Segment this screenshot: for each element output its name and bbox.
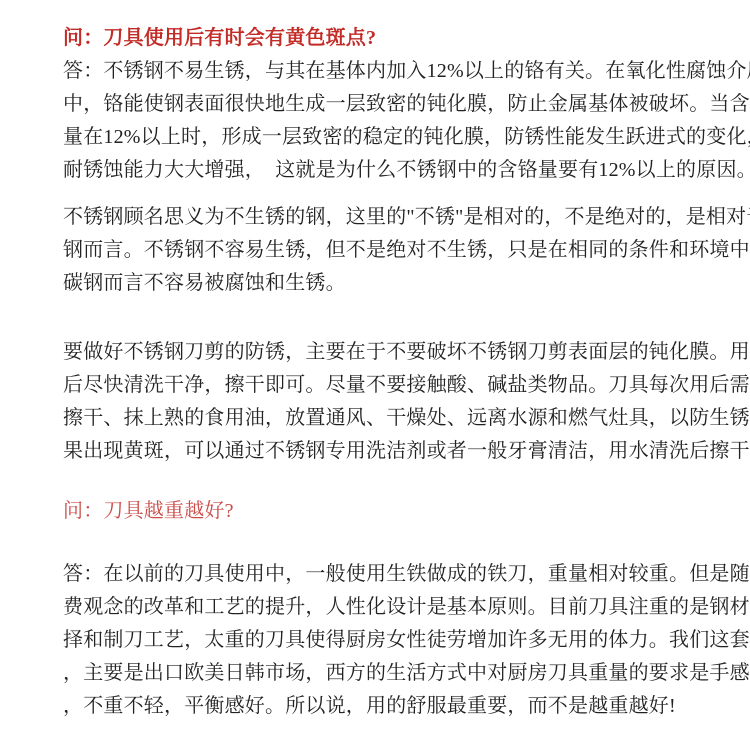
answer-text-line: 擦干、抹上熟的食用油，放置通风、干燥处、远离水源和燃气灶具，以防生锈。如: [63, 402, 714, 435]
faq-blocks: 问：刀具使用后有时会有黄色斑点?答：不锈钢不易生锈，与其在基体内加入12%以上的…: [63, 22, 714, 723]
block-a1p1: 答：不锈钢不易生锈，与其在基体内加入12%以上的铬有关。在氧化性腐蚀介质中，铬能…: [63, 55, 714, 187]
question-heading-line: 问：刀具使用后有时会有黄色斑点?: [63, 22, 714, 55]
answer-text-line: 碳钢而言不容易被腐蚀和生锈。: [63, 267, 714, 300]
question-heading-line: 问：刀具越重越好?: [63, 495, 714, 528]
answer-text-line: 答：在以前的刀具使用中，一般使用生铁做成的铁刀，重量相对较重。但是随着消: [63, 558, 714, 591]
block-a2: 答：在以前的刀具使用中，一般使用生铁做成的铁刀，重量相对较重。但是随着消费观念的…: [63, 558, 714, 723]
answer-text-line: 果出现黄斑，可以通过不锈钢专用洗洁剂或者一般牙膏清洁，用水清洗后擦干存放。: [63, 435, 714, 468]
block-q1: 问：刀具使用后有时会有黄色斑点?: [63, 22, 714, 55]
answer-text-line: 择和制刀工艺，太重的刀具使得厨房女性徒劳增加许多无用的体力。我们这套刀具: [63, 624, 714, 657]
answer-text-line: 耐锈蚀能力大大增强， 这就是为什么不锈钢中的含铬量要有12%以上的原因。: [63, 154, 714, 187]
answer-text-line: 中，铬能使钢表面很快地生成一层致密的钝化膜，防止金属基体被破坏。当含铬: [63, 88, 714, 121]
answer-text-line: 答：不锈钢不易生锈，与其在基体内加入12%以上的铬有关。在氧化性腐蚀介质: [63, 55, 714, 88]
answer-text-line: ，主要是出口欧美日韩市场，西方的生活方式中对厨房刀具重量的要求是手感舒适: [63, 657, 714, 690]
answer-text-line: 要做好不锈钢刀剪的防锈，主要在于不要破坏不锈钢刀剪表面层的钝化膜。用好以: [63, 336, 714, 369]
answer-text-line: 钢而言。不锈钢不容易生锈，但不是绝对不生锈，只是在相同的条件和环境中，较: [63, 234, 714, 267]
faq-document: 问：刀具使用后有时会有黄色斑点?答：不锈钢不易生锈，与其在基体内加入12%以上的…: [0, 0, 750, 732]
block-q2: 问：刀具越重越好?: [63, 495, 714, 528]
answer-text-line: 后尽快清洗干净，擦干即可。尽量不要接触酸、碱盐类物品。刀具每次用后需洗净、: [63, 369, 714, 402]
answer-text-line: 费观念的改革和工艺的提升，人性化设计是基本原则。目前刀具注重的是钢材的选: [63, 591, 714, 624]
answer-text-line: ，不重不轻，平衡感好。所以说，用的舒服最重要，而不是越重越好!: [63, 690, 714, 723]
block-a1p3: 要做好不锈钢刀剪的防锈，主要在于不要破坏不锈钢刀剪表面层的钝化膜。用好以后尽快清…: [63, 336, 714, 468]
answer-text-line: 不锈钢顾名思义为不生锈的钢，这里的"不锈"是相对的，不是绝对的，是相对于碳: [63, 201, 714, 234]
block-a1p2: 不锈钢顾名思义为不生锈的钢，这里的"不锈"是相对的，不是绝对的，是相对于碳钢而言…: [63, 201, 714, 300]
answer-text-line: 量在12%以上时，形成一层致密的稳定的钝化膜，防锈性能发生跃进式的变化，: [63, 121, 714, 154]
